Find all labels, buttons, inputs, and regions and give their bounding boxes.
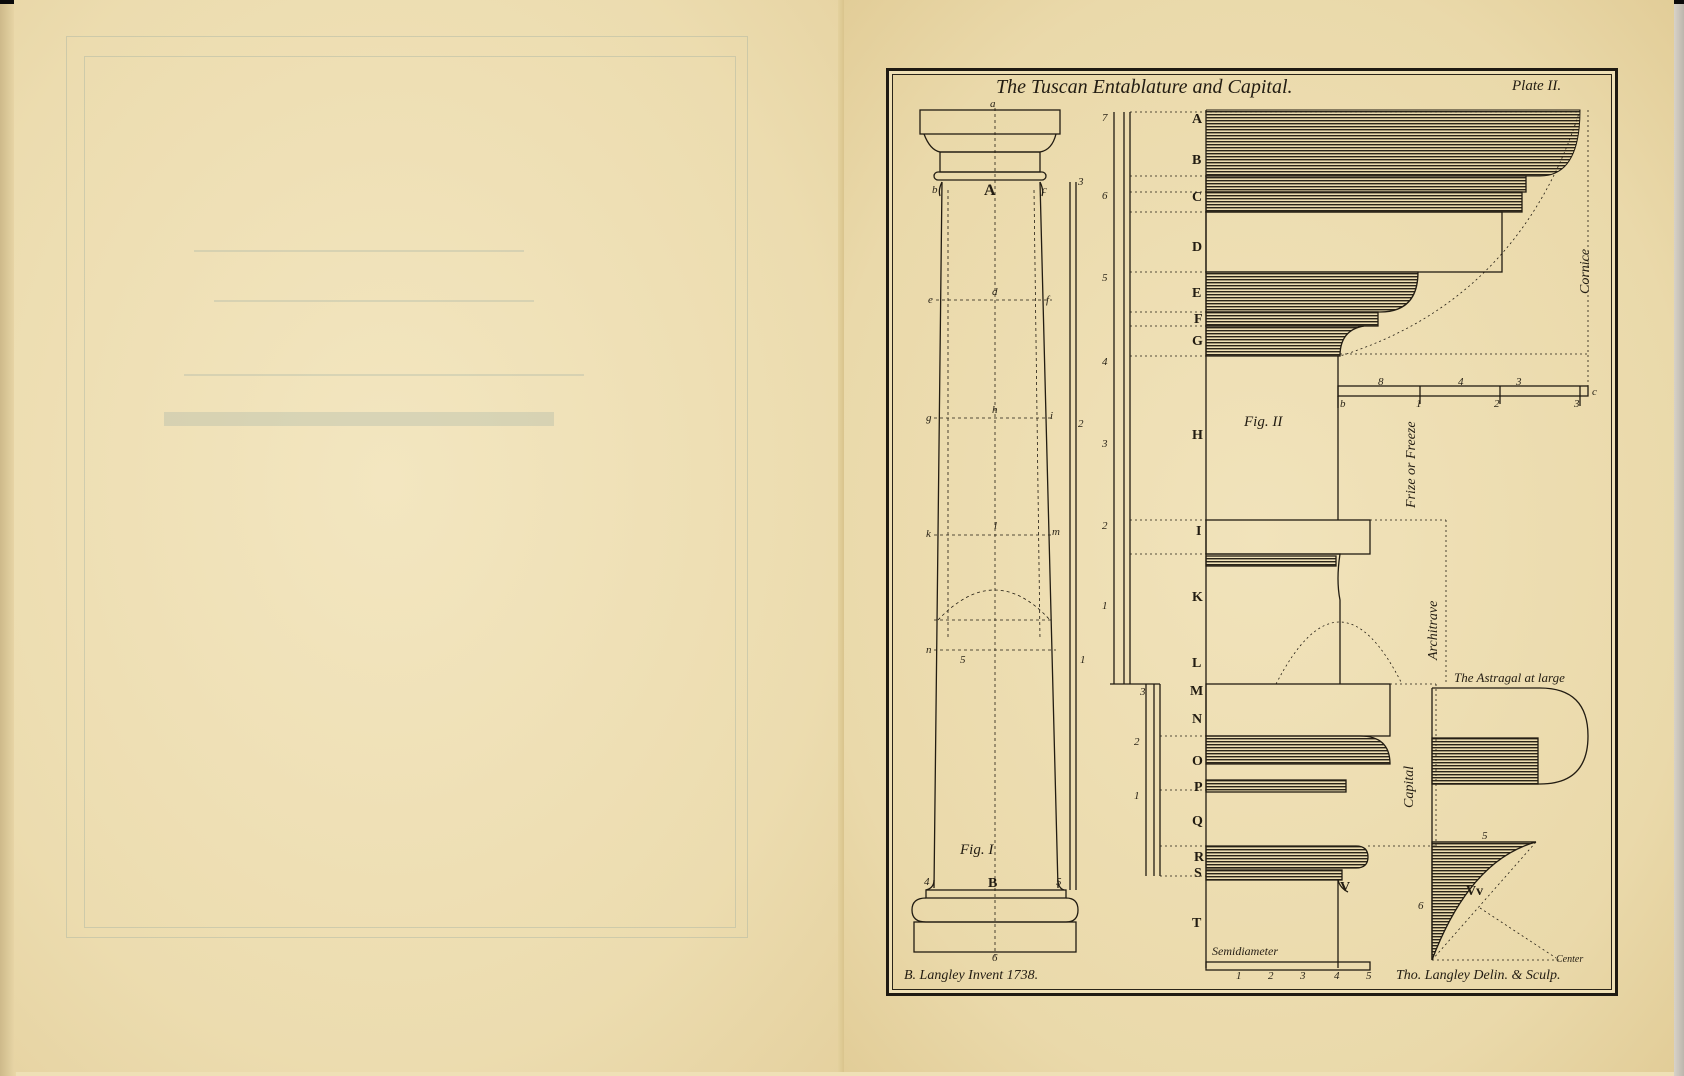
- fig1-label-B: B: [988, 876, 997, 892]
- fig1-point-i: i: [1050, 410, 1053, 422]
- fig1-point-c: c: [1042, 184, 1047, 196]
- scale-left-3b: 3: [1140, 686, 1146, 698]
- member-F: F: [1194, 312, 1203, 328]
- label-Vv: Vv: [1466, 884, 1483, 900]
- scale-bottom-2: 2: [1268, 970, 1274, 982]
- fig1-point-n: n: [926, 644, 932, 656]
- member-L: L: [1192, 656, 1201, 672]
- scale-left-2: 2: [1102, 520, 1108, 532]
- fig1-point-h: h: [992, 404, 998, 416]
- fig1-number-5: 5: [960, 654, 966, 666]
- scale-left-5: 5: [1102, 272, 1108, 284]
- fig1-number-1: 1: [1080, 654, 1086, 666]
- fig1-number-2: 2: [1078, 418, 1084, 430]
- member-S: S: [1194, 866, 1202, 882]
- member-M: M: [1190, 684, 1203, 700]
- scale-top-b: b: [1340, 398, 1346, 410]
- scale-bottom-5: 5: [1366, 970, 1372, 982]
- member-H: H: [1192, 428, 1203, 444]
- label-cornice: Cornice: [1578, 249, 1594, 294]
- member-G: G: [1192, 334, 1203, 350]
- member-I: I: [1196, 524, 1201, 540]
- scale-top-1: 1: [1416, 398, 1422, 410]
- scale-left-3: 3: [1102, 438, 1108, 450]
- fig1-point-l: l: [994, 520, 997, 532]
- scale-top-3a: 3: [1516, 376, 1522, 388]
- scale-bottom-4: 4: [1334, 970, 1340, 982]
- fig1-point-m: m: [1052, 526, 1060, 538]
- label-semidiameter: Semidiameter: [1212, 944, 1278, 959]
- fig1-label-A: A: [984, 182, 996, 200]
- scale-left-1b: 1: [1134, 790, 1140, 802]
- scale-top-3b: 3: [1574, 398, 1580, 410]
- fig2-caption: Fig. II: [1244, 414, 1282, 431]
- fig1-point-b: b: [932, 184, 938, 196]
- label-center: Center: [1556, 954, 1583, 965]
- scale-top-2: 2: [1494, 398, 1500, 410]
- fig1-number-3: 3: [1078, 176, 1084, 188]
- fig1-number-4: 4: [924, 876, 930, 888]
- member-D: D: [1192, 240, 1202, 256]
- member-A: A: [1192, 112, 1202, 128]
- scale-bottom-3: 3: [1300, 970, 1306, 982]
- label-capital: Capital: [1402, 766, 1418, 808]
- scale-left-1: 1: [1102, 600, 1108, 612]
- astragal-scale-5: 5: [1482, 830, 1488, 842]
- scale-left-2b: 2: [1134, 736, 1140, 748]
- label-V: V: [1340, 880, 1350, 896]
- label-frieze: Frize or Freeze: [1404, 421, 1420, 508]
- astragal-scale-6: 6: [1418, 900, 1424, 912]
- scale-left-4: 4: [1102, 356, 1108, 368]
- scale-top-4: 4: [1458, 376, 1464, 388]
- fig1-point-g: g: [926, 412, 932, 424]
- fig1-number-5b: 5: [1056, 876, 1062, 888]
- fig1-number-6: 6: [992, 952, 998, 964]
- member-K: K: [1192, 590, 1203, 606]
- member-E: E: [1192, 286, 1201, 302]
- scale-bottom-1: 1: [1236, 970, 1242, 982]
- member-P: P: [1194, 780, 1203, 796]
- scale-top-c: c: [1592, 386, 1597, 398]
- label-astragal-at-large: The Astragal at large: [1454, 670, 1565, 686]
- member-O: O: [1192, 754, 1203, 770]
- fig1-point-k: k: [926, 528, 931, 540]
- engraving-drawing: [0, 0, 1684, 1076]
- fig1-point-a: a: [990, 98, 996, 110]
- member-C: C: [1192, 190, 1202, 206]
- member-N: N: [1192, 712, 1202, 728]
- scale-left-6: 6: [1102, 190, 1108, 202]
- fig1-point-d: d: [992, 286, 998, 298]
- fig1-point-f: f: [1046, 294, 1049, 306]
- member-R: R: [1194, 850, 1204, 866]
- label-architrave: Architrave: [1426, 601, 1442, 660]
- scale-top-8: 8: [1378, 376, 1384, 388]
- member-T: T: [1192, 916, 1201, 932]
- fig1-point-e: e: [928, 294, 933, 306]
- member-B: B: [1192, 153, 1201, 169]
- member-Q: Q: [1192, 814, 1203, 830]
- fig1-caption: Fig. I: [960, 842, 993, 859]
- scale-left-7: 7: [1102, 112, 1108, 124]
